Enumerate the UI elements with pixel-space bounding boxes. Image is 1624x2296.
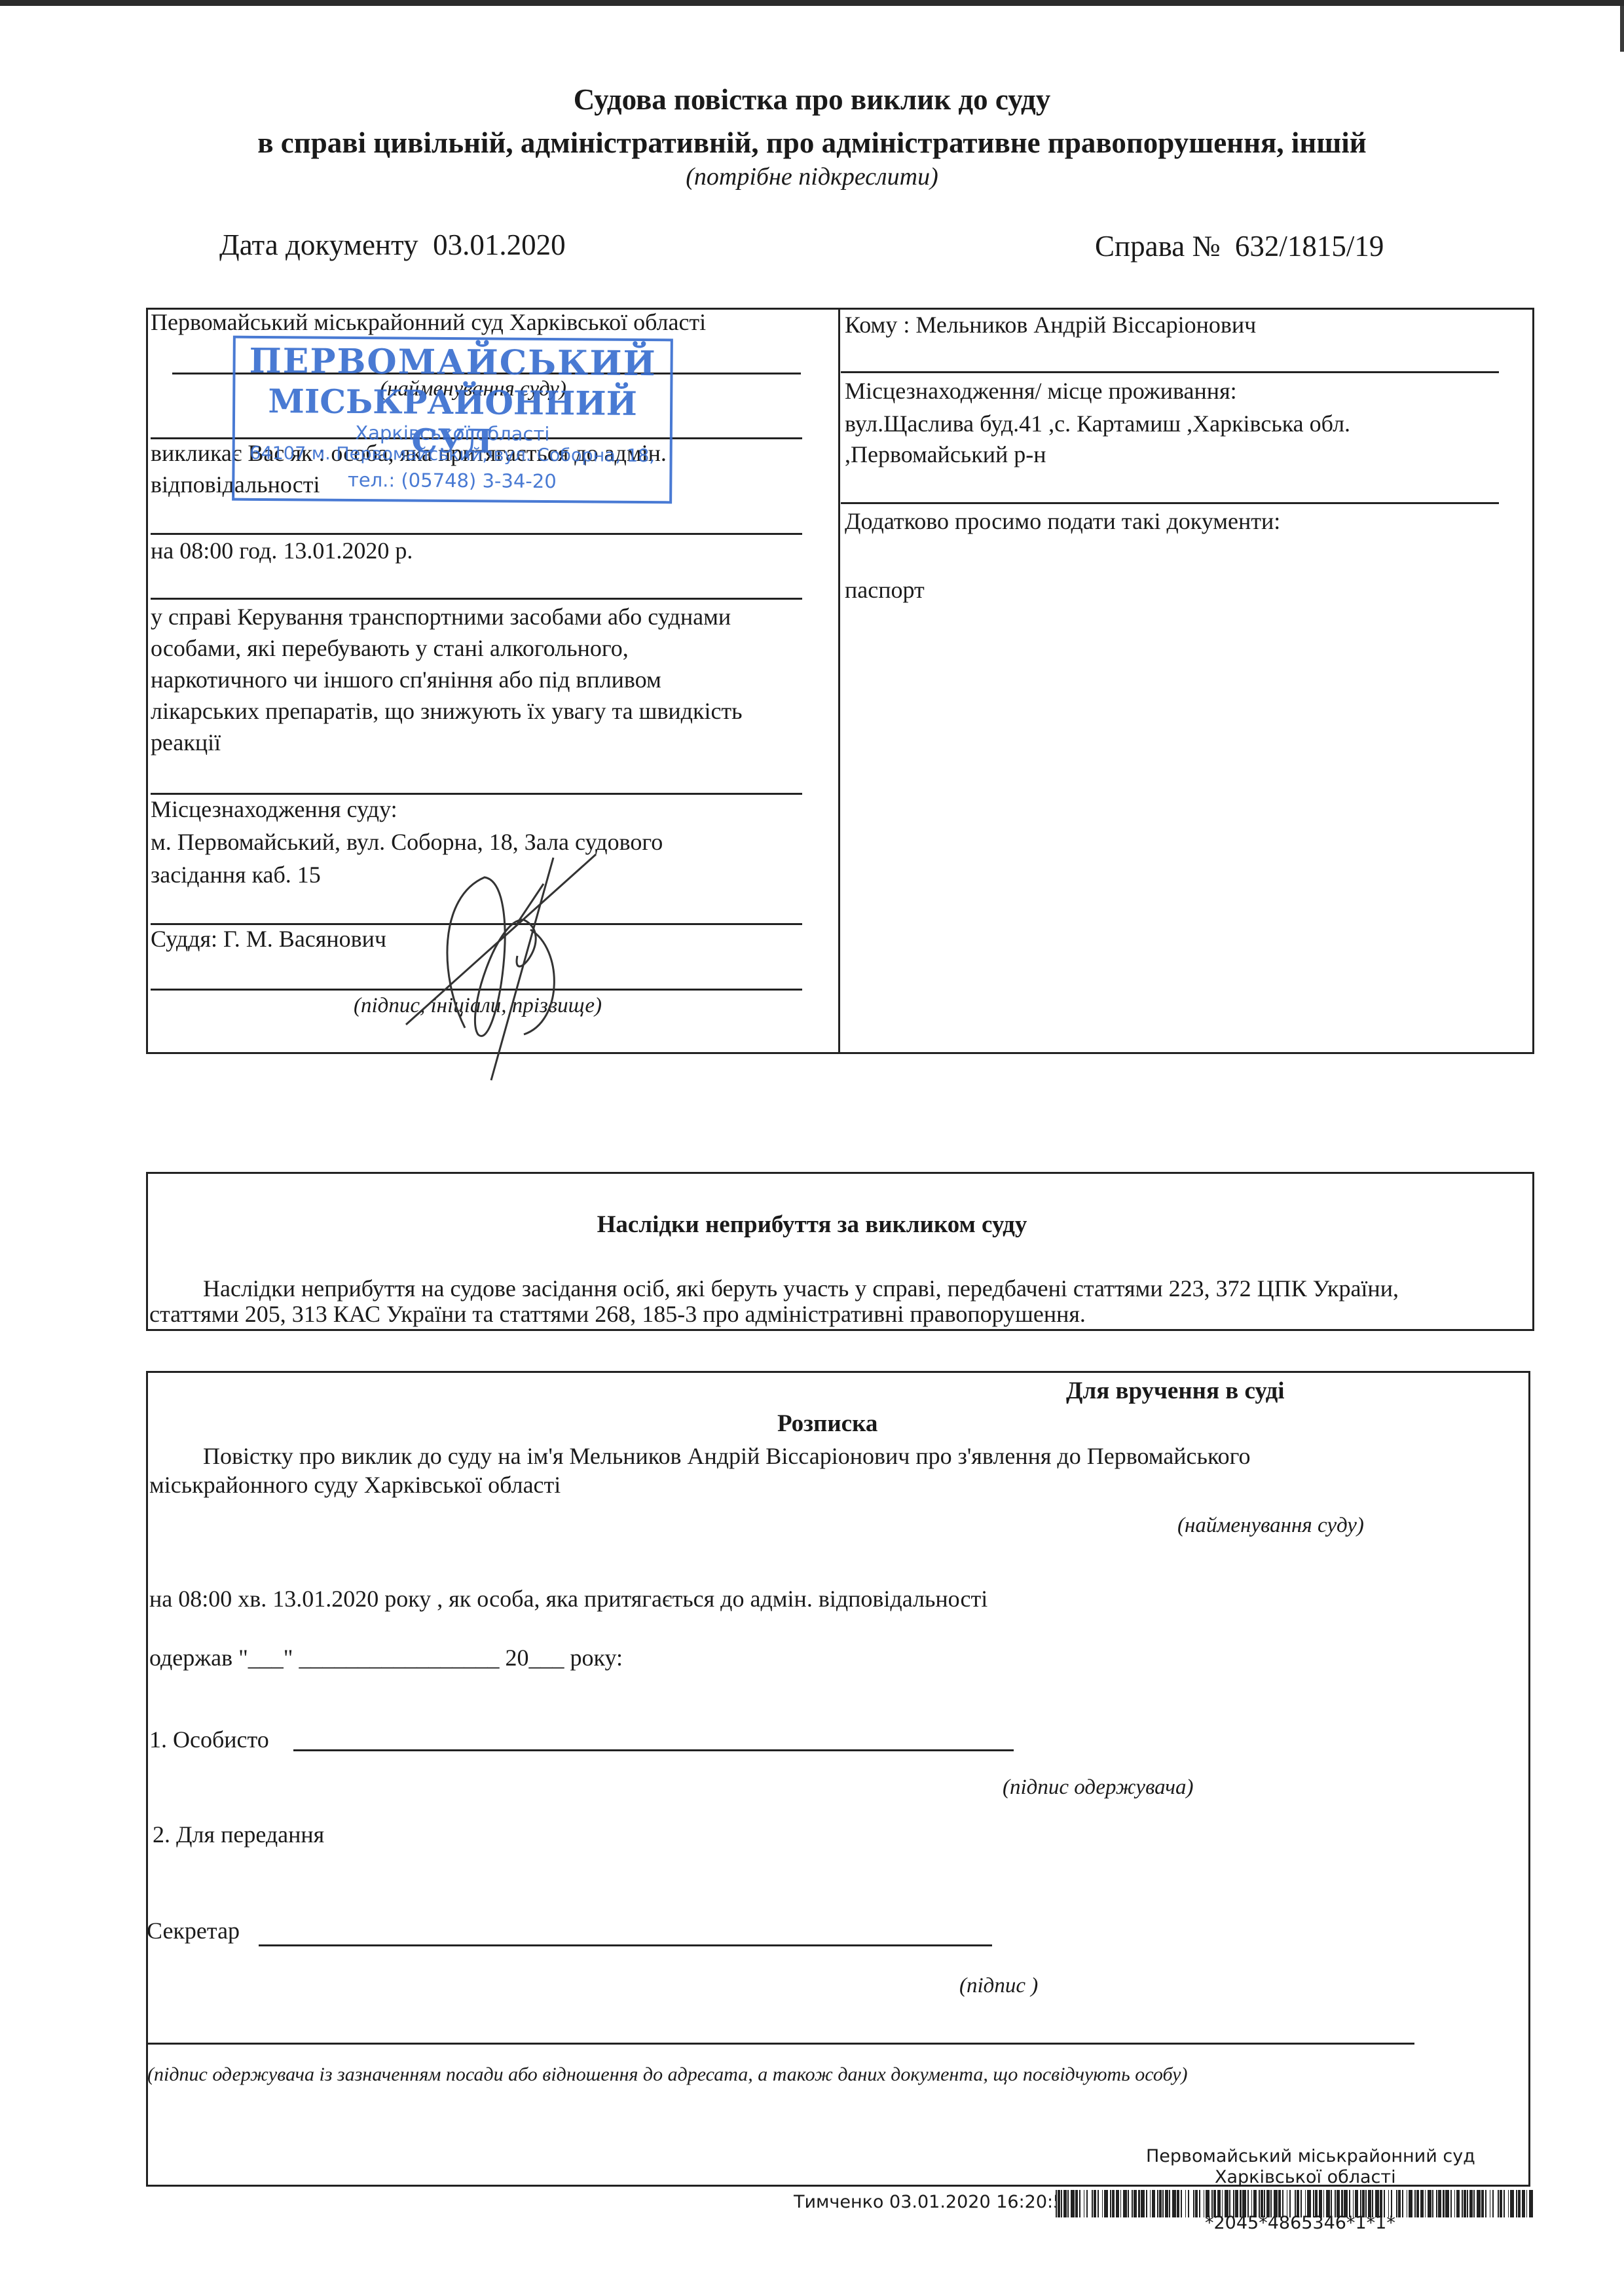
document-date-value: 03.01.2020 [433, 228, 566, 261]
consequences-title: Наслідки неприбуття за викликом суду [0, 1209, 1624, 1241]
stamp-line: тел.: (05748) 3-34-20 [234, 468, 669, 494]
documents-label: Додатково просимо подати такі документи: [845, 505, 1280, 537]
judge-signature-icon [367, 845, 642, 1087]
divider-line [841, 371, 1499, 373]
summons-column-divider [838, 308, 840, 1054]
scan-edge-top [0, 0, 1624, 6]
address-line1: вул.Щаслива буд.41 ,с. Картамиш ,Харківс… [845, 408, 1350, 439]
for-court-delivery: Для вручення в суді [1066, 1375, 1285, 1407]
receipt-line1: Повістку про виклик до суду на ім'я Мель… [203, 1440, 1251, 1472]
court-stamp: ПЕРВОМАЙСЬКИЙ МІСЬКРАЙОННИЙ СУД Харківсь… [232, 336, 673, 504]
address-label: Місцезнаходження/ місце проживання: [845, 375, 1237, 407]
clerk-timestamp: Тимченко 03.01.2020 16:20:59 [794, 2192, 1075, 2212]
divider-line [151, 598, 802, 600]
stamp-line: ПЕРВОМАЙСЬКИЙ [235, 341, 670, 384]
recipient-details-caption: (підпис одержувача із зазначенням посади… [147, 2064, 1187, 2086]
receipt-court-caption: (найменування суду) [1177, 1514, 1364, 1538]
court-name: Первомайський міськрайонний суд Харківсь… [151, 306, 706, 338]
case-number-label: Справа № [1095, 230, 1220, 263]
underline-note: (потрібне підкреслити) [0, 162, 1624, 191]
receipt-title: Розписка [777, 1408, 877, 1440]
personally-signature-line[interactable] [293, 1749, 1014, 1751]
footer-court-line1: Первомайський міськрайонний суд [1146, 2146, 1475, 2166]
case-subject-line: реакції [151, 727, 743, 758]
document-date-label: Дата документу [219, 228, 418, 261]
case-number-value: 632/1815/19 [1235, 230, 1384, 263]
recipient-name: Кому : Мельников Андрій Віссаріонович [845, 309, 1256, 340]
footer-court-line2: Харківської області [1215, 2167, 1396, 2187]
case-subject-line: особами, які перебувають у стані алкогол… [151, 632, 743, 664]
received-date-field: одержав "___" _________________ 20___ ро… [149, 1642, 623, 1673]
court-location-label: Місцезнаходження суду: [151, 793, 397, 825]
secretary-signature-line[interactable] [259, 1944, 992, 1946]
stamp-line: Харківської області [235, 421, 670, 446]
document-title: Судова повістка про виклик до суду [0, 82, 1624, 117]
consequences-text-line2: статтями 205, 313 КАС України та статтям… [149, 1298, 1086, 1330]
receipt-time-line: на 08:00 хв. 13.01.2020 року , як особа,… [149, 1583, 987, 1614]
recipient-signature-caption: (підпис одержувача) [1003, 1776, 1193, 1800]
case-subject-line: лікарських препаратів, що знижують їх ув… [151, 695, 743, 727]
secretary-signature-caption: (підпис ) [959, 1974, 1038, 1998]
hearing-time: на 08:00 год. 13.01.2020 р. [151, 535, 413, 566]
secretary-label: Секретар [147, 1915, 240, 1946]
court-location-line2: засідання каб. 15 [151, 859, 321, 890]
receipt-line2: міськрайонного суду Харківської області [149, 1469, 561, 1501]
divider-line [841, 502, 1499, 504]
document-date: Дата документу 03.01.2020 [219, 228, 566, 262]
case-subject-line: у справі Керування транспортними засобам… [151, 601, 743, 632]
address-line2: ,Первомайський р-н [845, 439, 1046, 470]
stamp-line: 64107 м. Первомайський, вул. Соборна, 18… [235, 443, 670, 467]
scan-edge-right [1620, 6, 1624, 52]
documents-value: паспорт [845, 574, 925, 606]
for-transfer-label: 2. Для передання [153, 1819, 324, 1850]
case-subject-line: наркотичного чи іншого сп'яніння або під… [151, 664, 743, 695]
recipient-details-line[interactable] [147, 2043, 1414, 2045]
case-number: Справа № 632/1815/19 [1095, 229, 1384, 263]
document-subtitle: в справі цивільній, адміністративній, пр… [0, 126, 1624, 160]
judge-name: Суддя: Г. М. Васянович [151, 923, 386, 955]
personally-label: 1. Особисто [149, 1724, 269, 1755]
case-subject: у справі Керування транспортними засобам… [151, 601, 743, 758]
barcode-text: *2045*4865346*1*1* [1205, 2213, 1395, 2233]
